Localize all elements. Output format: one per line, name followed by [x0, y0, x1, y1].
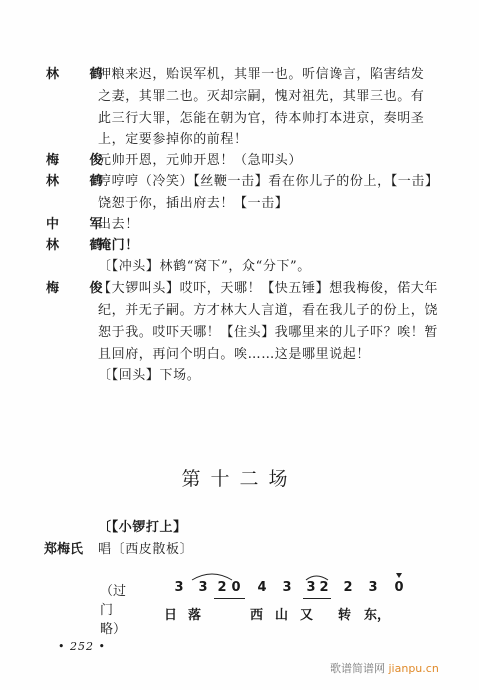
- speech-text: 纪，并无子嗣。方才林大人言道，看在我儿子的份上，饶: [98, 300, 408, 322]
- speech-text: 元帅开恩，元帅开恩！（急叩头）: [98, 150, 408, 172]
- note: 3: [280, 580, 294, 595]
- lyric-char: 转: [338, 604, 351, 623]
- speech-text: 饶恕于你，插出府去！【一击】: [98, 193, 408, 215]
- lyric-char: 又: [300, 604, 313, 623]
- note: 0: [392, 580, 406, 595]
- singer-line: 郑梅氏 唱〔西皮散板〕: [0, 539, 479, 561]
- speech-text: 此三行大罪，怎能在朝为官，待本帅打本进京，奏明圣: [98, 108, 408, 130]
- speech-text: 且回府，再问个明白。唉……这是哪里说起！: [98, 344, 408, 366]
- note: 0: [229, 580, 243, 595]
- dialogue-line: 此三行大罪，怎能在朝为官，待本帅打本进京，奏明圣: [0, 108, 479, 130]
- stage-direction-text: 〔【冲头】林鹤“窝下”，众“分下”。: [98, 256, 408, 278]
- speaker-name: 林 鹤: [46, 64, 92, 86]
- watermark-site-name: 歌谱简谱网: [330, 662, 385, 675]
- speaker-name: 梅 俊: [46, 150, 92, 172]
- speaker-name: 中 军: [46, 214, 92, 236]
- note: 2: [215, 580, 229, 595]
- lyric-char: 东，: [364, 604, 390, 623]
- watermark: 歌谱简谱网 jianpu.cn: [330, 660, 439, 676]
- speech-text: 出去！: [98, 214, 408, 236]
- speech-text: 上，定要参掉你的前程！: [98, 129, 408, 151]
- stage-direction-text: 〔【回头】下场。: [98, 365, 408, 387]
- dialogue-line: 梅 俊 元帅开恩，元帅开恩！（急叩头）: [0, 150, 479, 172]
- speaker-name: 梅 俊: [46, 278, 92, 300]
- stage-direction: 〔【回头】下场。: [0, 365, 479, 387]
- dialogue-line: 恕于我。哎吓天哪！【住头】我哪里来的儿子吓？唉！暂: [0, 322, 479, 344]
- speech-text: 掩门！: [98, 235, 408, 257]
- note: 3: [304, 580, 318, 595]
- dialogue-line: 林 鹤 哼哼哼（冷笑）【丝鞭一击】看在你儿子的份上，【一击】: [0, 171, 479, 193]
- singing-mode: 唱〔西皮散板〕: [98, 539, 408, 561]
- fermata-icon: [396, 573, 402, 578]
- speech-text: 【大锣叫头】哎吓，天哪！【快五锤】想我梅俊，偌大年: [98, 278, 408, 300]
- watermark-url: jianpu.cn: [389, 662, 439, 675]
- note: 2: [317, 580, 331, 595]
- lyric-char: 落: [188, 604, 201, 623]
- note: 3: [366, 580, 380, 595]
- stage-direction: 〔【小锣打上】: [0, 517, 479, 539]
- stage-direction-text: 〔【小锣打上】: [98, 517, 408, 539]
- scene-title: 第十二场: [0, 464, 479, 491]
- speaker-name: 林 鹤: [46, 171, 92, 193]
- note: 3: [196, 580, 210, 595]
- speech-text: 哼哼哼（冷笑）【丝鞭一击】看在你儿子的份上，【一击】: [98, 171, 408, 193]
- speaker-name: 林 鹤: [46, 235, 92, 257]
- underline-beat: [303, 598, 331, 599]
- speech-text: 之妻，其罪二也。灭却宗嗣，愧对祖先，其罪三也。有: [98, 86, 408, 108]
- lyric-char: 日: [164, 604, 177, 623]
- lyric-char: 西: [250, 604, 263, 623]
- dialogue-line: 上，定要参掉你的前程！: [0, 129, 479, 151]
- lyric-char: 山: [275, 604, 288, 623]
- dialogue-line: 梅 俊 【大锣叫头】哎吓，天哪！【快五锤】想我梅俊，偌大年: [0, 278, 479, 300]
- note: 4: [255, 580, 269, 595]
- dialogue-line: 之妻，其罪二也。灭却宗嗣，愧对祖先，其罪三也。有: [0, 86, 479, 108]
- dialogue-line: 饶恕于你，插出府去！【一击】: [0, 193, 479, 215]
- speech-text: 恕于我。哎吓天哪！【住头】我哪里来的儿子吓？唉！暂: [98, 322, 408, 344]
- note: 2: [341, 580, 355, 595]
- speaker-name: 郑梅氏: [44, 539, 90, 561]
- underline-beat: [214, 598, 245, 599]
- dialogue-line: 中 军 出去！: [0, 214, 479, 236]
- slur-icon: [100, 570, 420, 582]
- dialogue-line: 纪，并无子嗣。方才林大人言道，看在我儿子的份上，饶: [0, 300, 479, 322]
- dialogue-line: 林 鹤 押粮来迟，贻误军机，其罪一也。听信谗言，陷害结发: [0, 64, 479, 86]
- dialogue-line: 且回府，再问个明白。唉……这是哪里说起！: [0, 344, 479, 366]
- lyrics-line: 日 落 西 山 又 转 东，: [0, 604, 479, 626]
- speech-text: 押粮来迟，贻误军机，其罪一也。听信谗言，陷害结发: [98, 64, 408, 86]
- dialogue-line: 林 鹤 掩门！: [0, 235, 479, 257]
- stage-direction: 〔【冲头】林鹤“窝下”，众“分下”。: [0, 256, 479, 278]
- note: 3: [172, 580, 186, 595]
- page-number: • 252 •: [58, 640, 106, 653]
